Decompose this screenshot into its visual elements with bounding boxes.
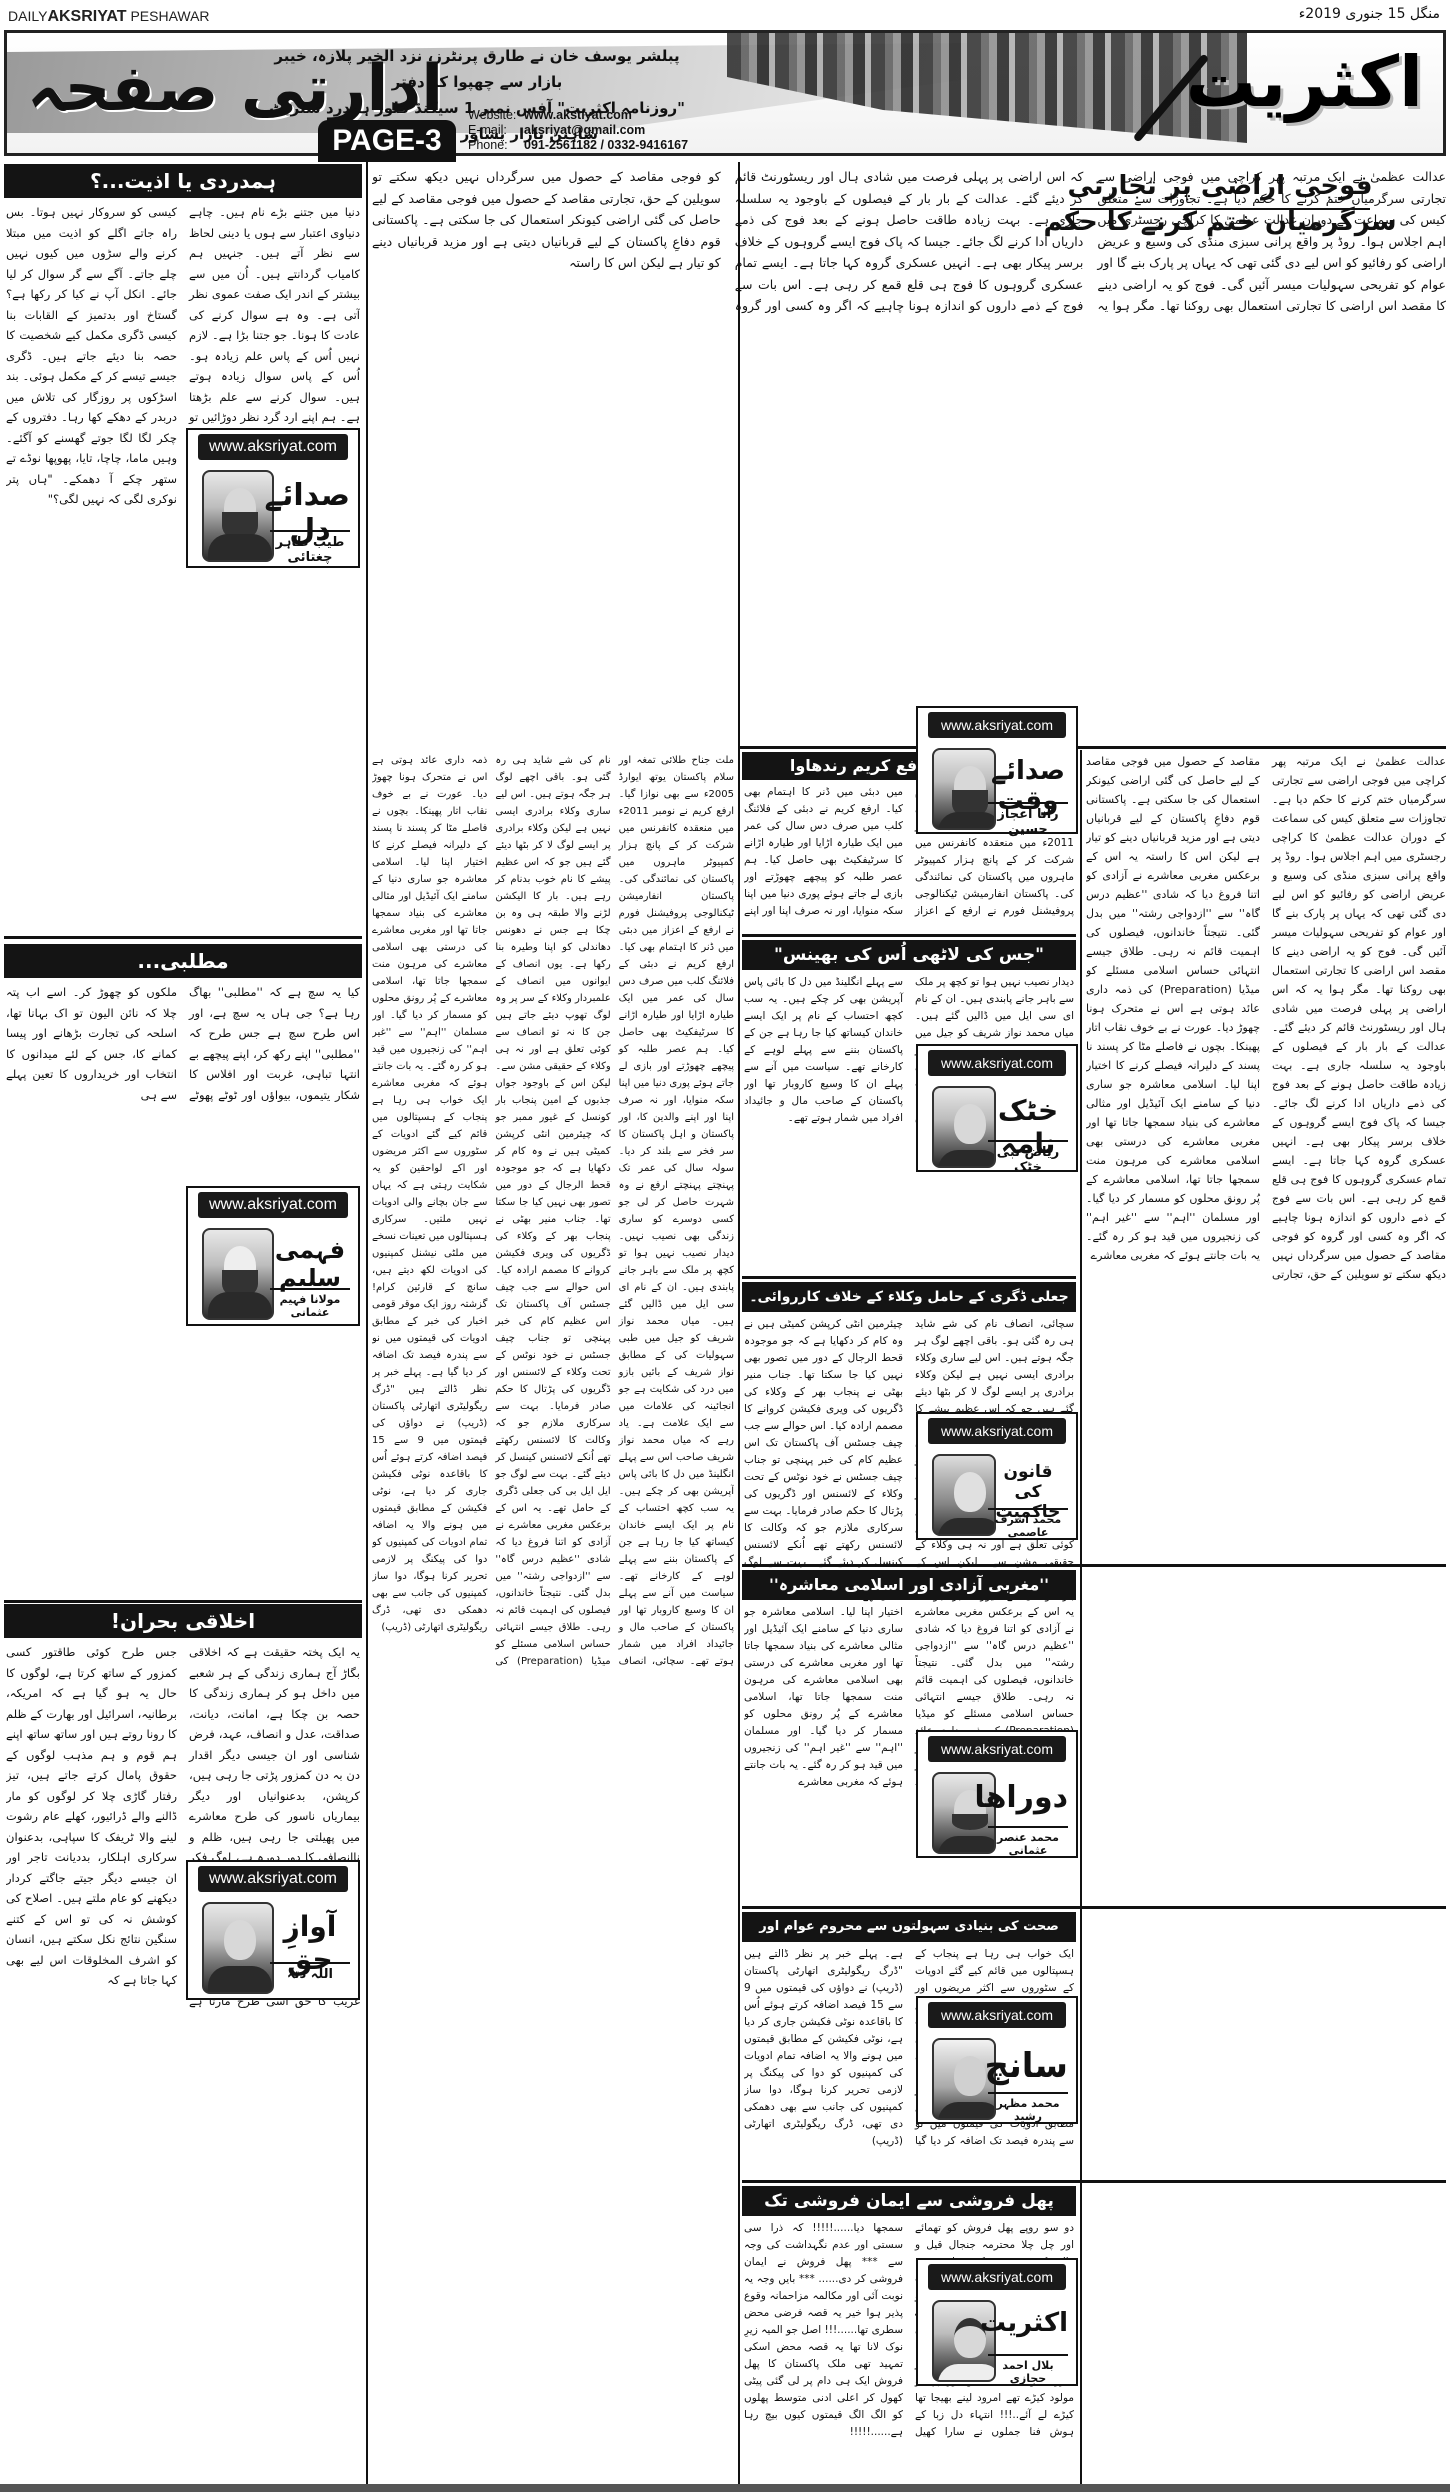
columnist-card-phal: www.aksriyat.com اکثریت بلال احمد حجازی — [916, 2258, 1078, 2386]
column-divider — [1080, 750, 1082, 2490]
columnist-url[interactable]: www.aksriyat.com — [928, 712, 1066, 738]
columnist-name: طیب طاہر چغتائی — [270, 530, 350, 565]
columnist-url[interactable]: www.aksriyat.com — [198, 1866, 348, 1892]
columnist-card-jaali-degree: www.aksriyat.com قانون کی حاکمیت محمد اش… — [916, 1412, 1078, 1540]
phone-number: 091-2561182 / 0332-9416167 — [524, 138, 688, 152]
headline-lathi[interactable]: "جس کی لاٹھی اُس کی بھینس" — [742, 940, 1076, 970]
publisher-line-1: پبلشر یوسف خان نے طارق پرنٹرز، نزد الخیر… — [267, 43, 687, 95]
article-body-continuation: ملت جناح طلائی تمغہ اور سلام پاکستان یوت… — [372, 752, 734, 2488]
article-body-akhlaqi: یہ ایک پختہ حقیقت ہے کہ اخلاقی بگاڑ آج ہ… — [6, 1642, 360, 2490]
section-divider — [742, 2180, 1446, 2183]
columnist-url[interactable]: www.aksriyat.com — [198, 434, 348, 460]
columnist-photo — [202, 1228, 274, 1320]
brand-city: PESHAWAR — [130, 8, 209, 24]
columnist-photo — [932, 1086, 996, 1168]
column-name: فہمی سلیم — [270, 1236, 350, 1292]
section-divider — [740, 746, 1446, 749]
column-name: سانچ — [988, 2046, 1068, 2086]
columnist-url[interactable]: www.aksriyat.com — [928, 2002, 1066, 2028]
section-divider — [742, 1906, 1446, 1909]
headline-hamdardi[interactable]: ہمدردی یا اذیت...؟ — [4, 164, 362, 198]
email-link[interactable]: aksriyat@gmail.com — [524, 123, 645, 137]
page-bottom-border — [0, 2484, 1450, 2492]
section-divider — [742, 934, 1076, 937]
columnist-name: اللہ دتہ — [270, 1962, 350, 1982]
headline-sehat[interactable]: صحت کی بنیادی سہولتوں سے محروم عوام اور … — [742, 1912, 1076, 1942]
headline-maghribi[interactable]: ''مغربی آزادی اور اسلامی معاشرہ'' — [742, 1570, 1076, 1600]
columnist-name: محمد عنصر عثمانی — [988, 1826, 1068, 1857]
masthead: ادارتی صفحہ پبلشر یوسف خان نے طارق پرنٹر… — [4, 30, 1446, 156]
columnist-card-maghribi: www.aksriyat.com دوراھا محمد عنصر عثمانی — [916, 1730, 1078, 1858]
brand-prefix: DAILY — [8, 8, 47, 24]
columnist-name: بلال احمد حجازی — [988, 2354, 1068, 2385]
columnist-name: ریاض نبی خٹک — [988, 1140, 1068, 1175]
columnist-photo — [932, 748, 996, 830]
section-divider — [4, 936, 362, 939]
columnist-url[interactable]: www.aksriyat.com — [198, 1192, 348, 1218]
columnist-photo — [202, 470, 274, 562]
columnist-name: رانا اعجاز حسین — [988, 802, 1068, 837]
article-body-fauji: عدالت عظمیٰ نے ایک مرتبہ پھر کراچی میں ف… — [372, 166, 1446, 742]
headline-matlabi[interactable]: مطلبی... — [4, 944, 362, 978]
bookshelf-image — [727, 33, 1247, 143]
newspaper-logo: اکثریت — [1186, 41, 1423, 123]
columnist-url[interactable]: www.aksriyat.com — [928, 1050, 1066, 1076]
columnist-url[interactable]: www.aksriyat.com — [928, 1418, 1066, 1444]
columnist-card-matlabi: www.aksriyat.com فہمی سلیم مولانا فہیم ع… — [186, 1186, 360, 1326]
columnist-name: محمد اشرف عاصمی — [988, 1508, 1068, 1539]
columnist-url[interactable]: www.aksriyat.com — [928, 2264, 1066, 2290]
columnist-url[interactable]: www.aksriyat.com — [928, 1736, 1066, 1762]
columnist-photo — [932, 1454, 996, 1536]
columnist-photo — [202, 1902, 274, 1994]
issue-date: منگل 15 جنوری 2019ء — [1299, 6, 1440, 22]
columnist-card-hamdardi: www.aksriyat.com صدائے دل طیب طاہر چغتائ… — [186, 428, 360, 568]
headline-akhlaqi[interactable]: اخلاقی بحران! — [4, 1604, 362, 1638]
column-divider — [366, 162, 368, 2492]
website-link[interactable]: www.akstiyat.com — [524, 108, 632, 122]
newspaper-brand: DAILYAKSRIYAT PESHAWAR — [8, 8, 210, 26]
section-divider — [742, 1276, 1076, 1279]
columnist-name: محمد مظہر رشید — [988, 2092, 1068, 2123]
top-bar: DAILYAKSRIYAT PESHAWAR منگل 15 جنوری 201… — [0, 0, 1450, 28]
headline-phal[interactable]: پھل فروشی سے ایمان فروشی تک — [742, 2186, 1076, 2216]
section-divider — [742, 1564, 1446, 1567]
column-name: اکثریت — [988, 2308, 1068, 2338]
columnist-card-sehat: www.aksriyat.com سانچ محمد مظہر رشید — [916, 1996, 1078, 2124]
page-number-badge: PAGE-3 — [318, 120, 456, 162]
brand-name: AKSRIYAT — [47, 8, 126, 25]
column-name: دوراھا — [988, 1780, 1068, 1815]
columnist-name: مولانا فہیم عثمانی — [270, 1288, 350, 1319]
contact-info: Website:www.akstiyat.com E-mail:aksriyat… — [468, 108, 688, 153]
headline-jaali-degree[interactable]: جعلی ڈگری کے حامل وکلاء کے خلاف کارروائی… — [742, 1282, 1076, 1312]
article-body-right-strip: عدالت عظمیٰ نے ایک مرتبہ پھر کراچی میں ف… — [1086, 752, 1446, 2488]
section-divider — [4, 1600, 362, 1603]
columnist-card-akhlaqi: www.aksriyat.com آوازِ حق اللہ دتہ — [186, 1860, 360, 2000]
columnist-card-arfa: www.aksriyat.com صدائے وقت رانا اعجاز حس… — [916, 706, 1078, 834]
columnist-card-lathi: www.aksriyat.com خٹک نامہ ریاض نبی خٹک — [916, 1044, 1078, 1172]
